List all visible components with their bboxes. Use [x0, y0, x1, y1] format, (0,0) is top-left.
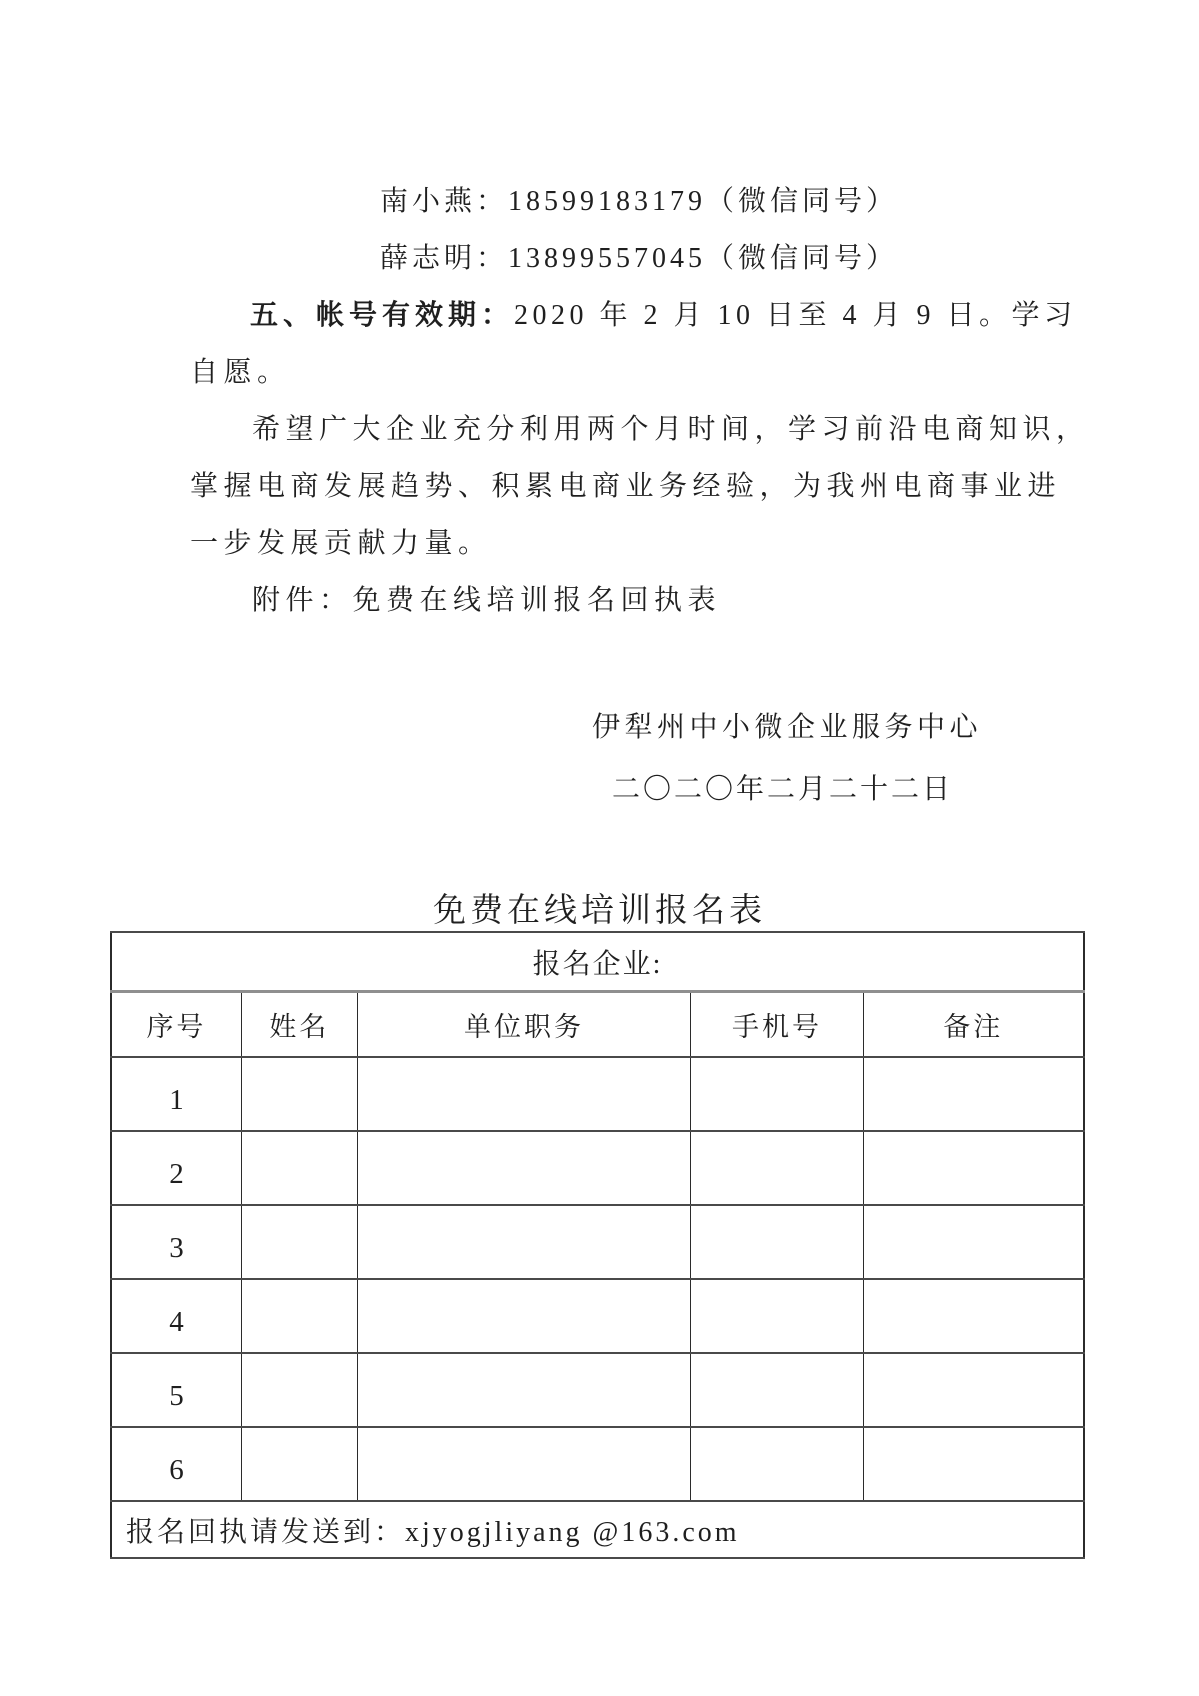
contact-line-2: 薛志明：13899557045（微信同号） [380, 243, 898, 275]
form-title: 免费在线培训报名表 [0, 884, 1199, 931]
contact-line-1: 南小燕：18599183179（微信同号） [380, 186, 898, 218]
attachment-line: 附件：免费在线培训报名回执表 [252, 585, 721, 617]
column-header-position: 单位职务 [357, 992, 691, 1058]
position-cell [357, 1279, 691, 1353]
phone-cell [691, 1131, 863, 1205]
remark-cell [863, 1057, 1084, 1131]
document-page: 南小燕：18599183179（微信同号） 薛志明：13899557045（微信… [0, 0, 1199, 1696]
column-header-remark: 备注 [863, 992, 1084, 1058]
name-cell [241, 1427, 357, 1501]
section-5-continuation: 自愿。 [190, 357, 291, 389]
footer-note-cell: 报名回执请发送到：xjyogjliyang @163.com [111, 1501, 1084, 1558]
table-row-2: 2 [111, 1131, 1084, 1205]
table-row-4: 4 [111, 1279, 1084, 1353]
phone-cell [691, 1205, 863, 1279]
table-row-3: 3 [111, 1205, 1084, 1279]
row-number-cell: 3 [111, 1205, 241, 1279]
paragraph-line-2: 掌握电商发展趋势、积累电商业务经验，为我州电商事业进 [190, 471, 1061, 503]
remark-cell [863, 1205, 1084, 1279]
row-number-cell: 5 [111, 1353, 241, 1427]
position-cell [357, 1427, 691, 1501]
name-cell [241, 1279, 357, 1353]
registration-form-table: 报名企业: 序号 姓名 单位职务 手机号 备注 1 2 [110, 931, 1085, 1559]
section-5-line: 五、帐号有效期：2020 年 2 月 10 日至 4 月 9 日。学习 [250, 300, 1077, 332]
table-row-5: 5 [111, 1353, 1084, 1427]
position-cell [357, 1131, 691, 1205]
table-row-6: 6 [111, 1427, 1084, 1501]
table-row-1: 1 [111, 1057, 1084, 1131]
column-header-name: 姓名 [241, 992, 357, 1058]
signature-organization: 伊犁州中小微企业服务中心 [592, 712, 982, 744]
phone-cell [691, 1427, 863, 1501]
name-cell [241, 1057, 357, 1131]
column-header-row: 序号 姓名 单位职务 手机号 备注 [111, 992, 1084, 1058]
name-cell [241, 1353, 357, 1427]
phone-cell [691, 1057, 863, 1131]
footer-row: 报名回执请发送到：xjyogjliyang @163.com [111, 1501, 1084, 1558]
position-cell [357, 1205, 691, 1279]
phone-cell [691, 1279, 863, 1353]
name-cell [241, 1205, 357, 1279]
section-5-text: 2020 年 2 月 10 日至 4 月 9 日。学习 [514, 300, 1077, 331]
paragraph-line-3: 一步发展贡献力量。 [190, 528, 492, 560]
signature-date: 二〇二〇年二月二十二日 [612, 774, 953, 806]
remark-cell [863, 1427, 1084, 1501]
phone-cell [691, 1353, 863, 1427]
remark-cell [863, 1131, 1084, 1205]
column-header-phone: 手机号 [691, 992, 863, 1058]
remark-cell [863, 1279, 1084, 1353]
position-cell [357, 1353, 691, 1427]
row-number-cell: 4 [111, 1279, 241, 1353]
row-number-cell: 6 [111, 1427, 241, 1501]
column-header-seq: 序号 [111, 992, 241, 1058]
remark-cell [863, 1353, 1084, 1427]
row-number-cell: 1 [111, 1057, 241, 1131]
position-cell [357, 1057, 691, 1131]
section-5-heading: 五、帐号有效期： [250, 300, 514, 331]
name-cell [241, 1131, 357, 1205]
company-row: 报名企业: [111, 932, 1084, 992]
company-label-cell: 报名企业: [111, 932, 1084, 992]
paragraph-line-1: 希望广大企业充分利用两个月时间，学习前沿电商知识， [252, 414, 1090, 446]
row-number-cell: 2 [111, 1131, 241, 1205]
